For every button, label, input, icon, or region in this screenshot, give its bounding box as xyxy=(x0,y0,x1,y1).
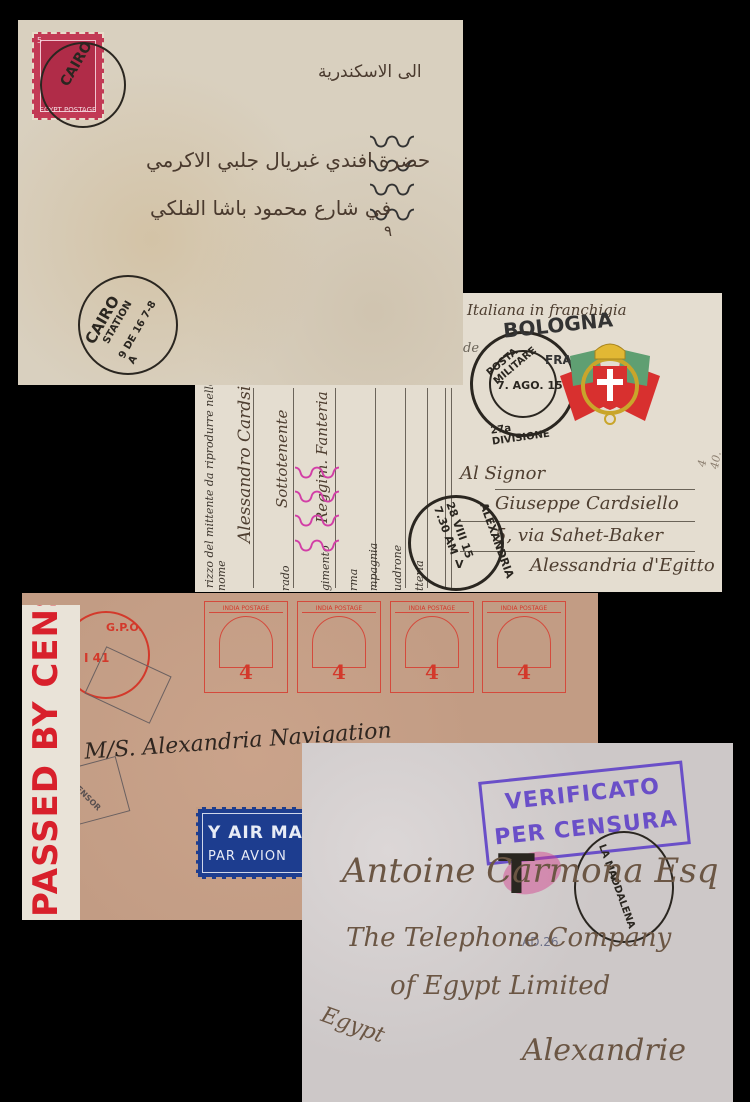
address-city: Alessandria d'Egitto xyxy=(530,555,715,576)
sender-rank: Sottotenente xyxy=(273,410,291,508)
address-line-2: The Telephone Company xyxy=(346,923,671,953)
address-salutation: Al Signor xyxy=(460,463,545,484)
italy-censored-cover: VERIFICATO PER CENSURA T LA MADDALENA 2 … xyxy=(302,743,733,1102)
alexandria-postmark: 28 VIII 15 7.30 AM ALEXANDRIA V xyxy=(408,495,504,591)
magenta-wavy-cancel: 〰〰〰〰 xyxy=(295,463,333,560)
address-name: Giuseppe Cardsiello xyxy=(495,493,679,514)
meter-stamp-3: INDIA POSTAGE 4 xyxy=(390,601,474,693)
field-label: nome xyxy=(215,560,228,591)
address-line-3: of Egypt Limited xyxy=(390,971,610,1001)
form-rule xyxy=(335,388,336,588)
postcard-header-2: de xyxy=(463,341,479,356)
field-label: rado xyxy=(279,566,292,591)
form-rule xyxy=(293,388,294,588)
cairo-station-postmark: CAIRO STATION 9 DE 16 7-8 A xyxy=(78,275,178,375)
form-rule xyxy=(405,388,406,588)
address-arabic-line-1: الى الاسكندرية xyxy=(318,62,422,82)
address-street: 5, via Sahet-Baker xyxy=(495,525,663,546)
address-arabic-line-4: ٩ xyxy=(384,222,392,240)
address-line-1: Antoine Carmona Esq xyxy=(342,851,719,891)
address-line-4: Alexandrie xyxy=(522,1033,686,1068)
field-label: mpagnia xyxy=(367,543,380,591)
stamp-cancel-postmark: CAIRO xyxy=(40,42,126,128)
savoy-crest-icon xyxy=(555,331,665,431)
meter-stamp-1: INDIA POSTAGE 4 xyxy=(204,601,288,693)
meter-stamp-2: INDIA POSTAGE 4 xyxy=(297,601,381,693)
field-label: rma xyxy=(347,569,360,591)
passed-by-censor-strip: PASSED BY CENSOR xyxy=(22,605,80,920)
field-label: uadrone xyxy=(391,545,404,591)
egypt-cairo-cover: 5 EGYPT POSTAGE CAIRO الى الاسكندرية 〰〰〰… xyxy=(18,20,463,385)
address-arabic-line-2: حضرة افندي غبريال جلبي الاكرمي xyxy=(146,148,430,172)
address-arabic-line-3: في شارع محمود باشا الفلكي xyxy=(150,196,391,220)
margin-note: 4 40. xyxy=(695,442,722,470)
address-country: Egypt xyxy=(318,1003,388,1049)
address-line xyxy=(495,489,695,490)
postcard-sender-field-label: rizzo del mittente da riprodurre nelle r… xyxy=(203,355,216,588)
meter-stamp-4: INDIA POSTAGE 4 xyxy=(482,601,566,693)
